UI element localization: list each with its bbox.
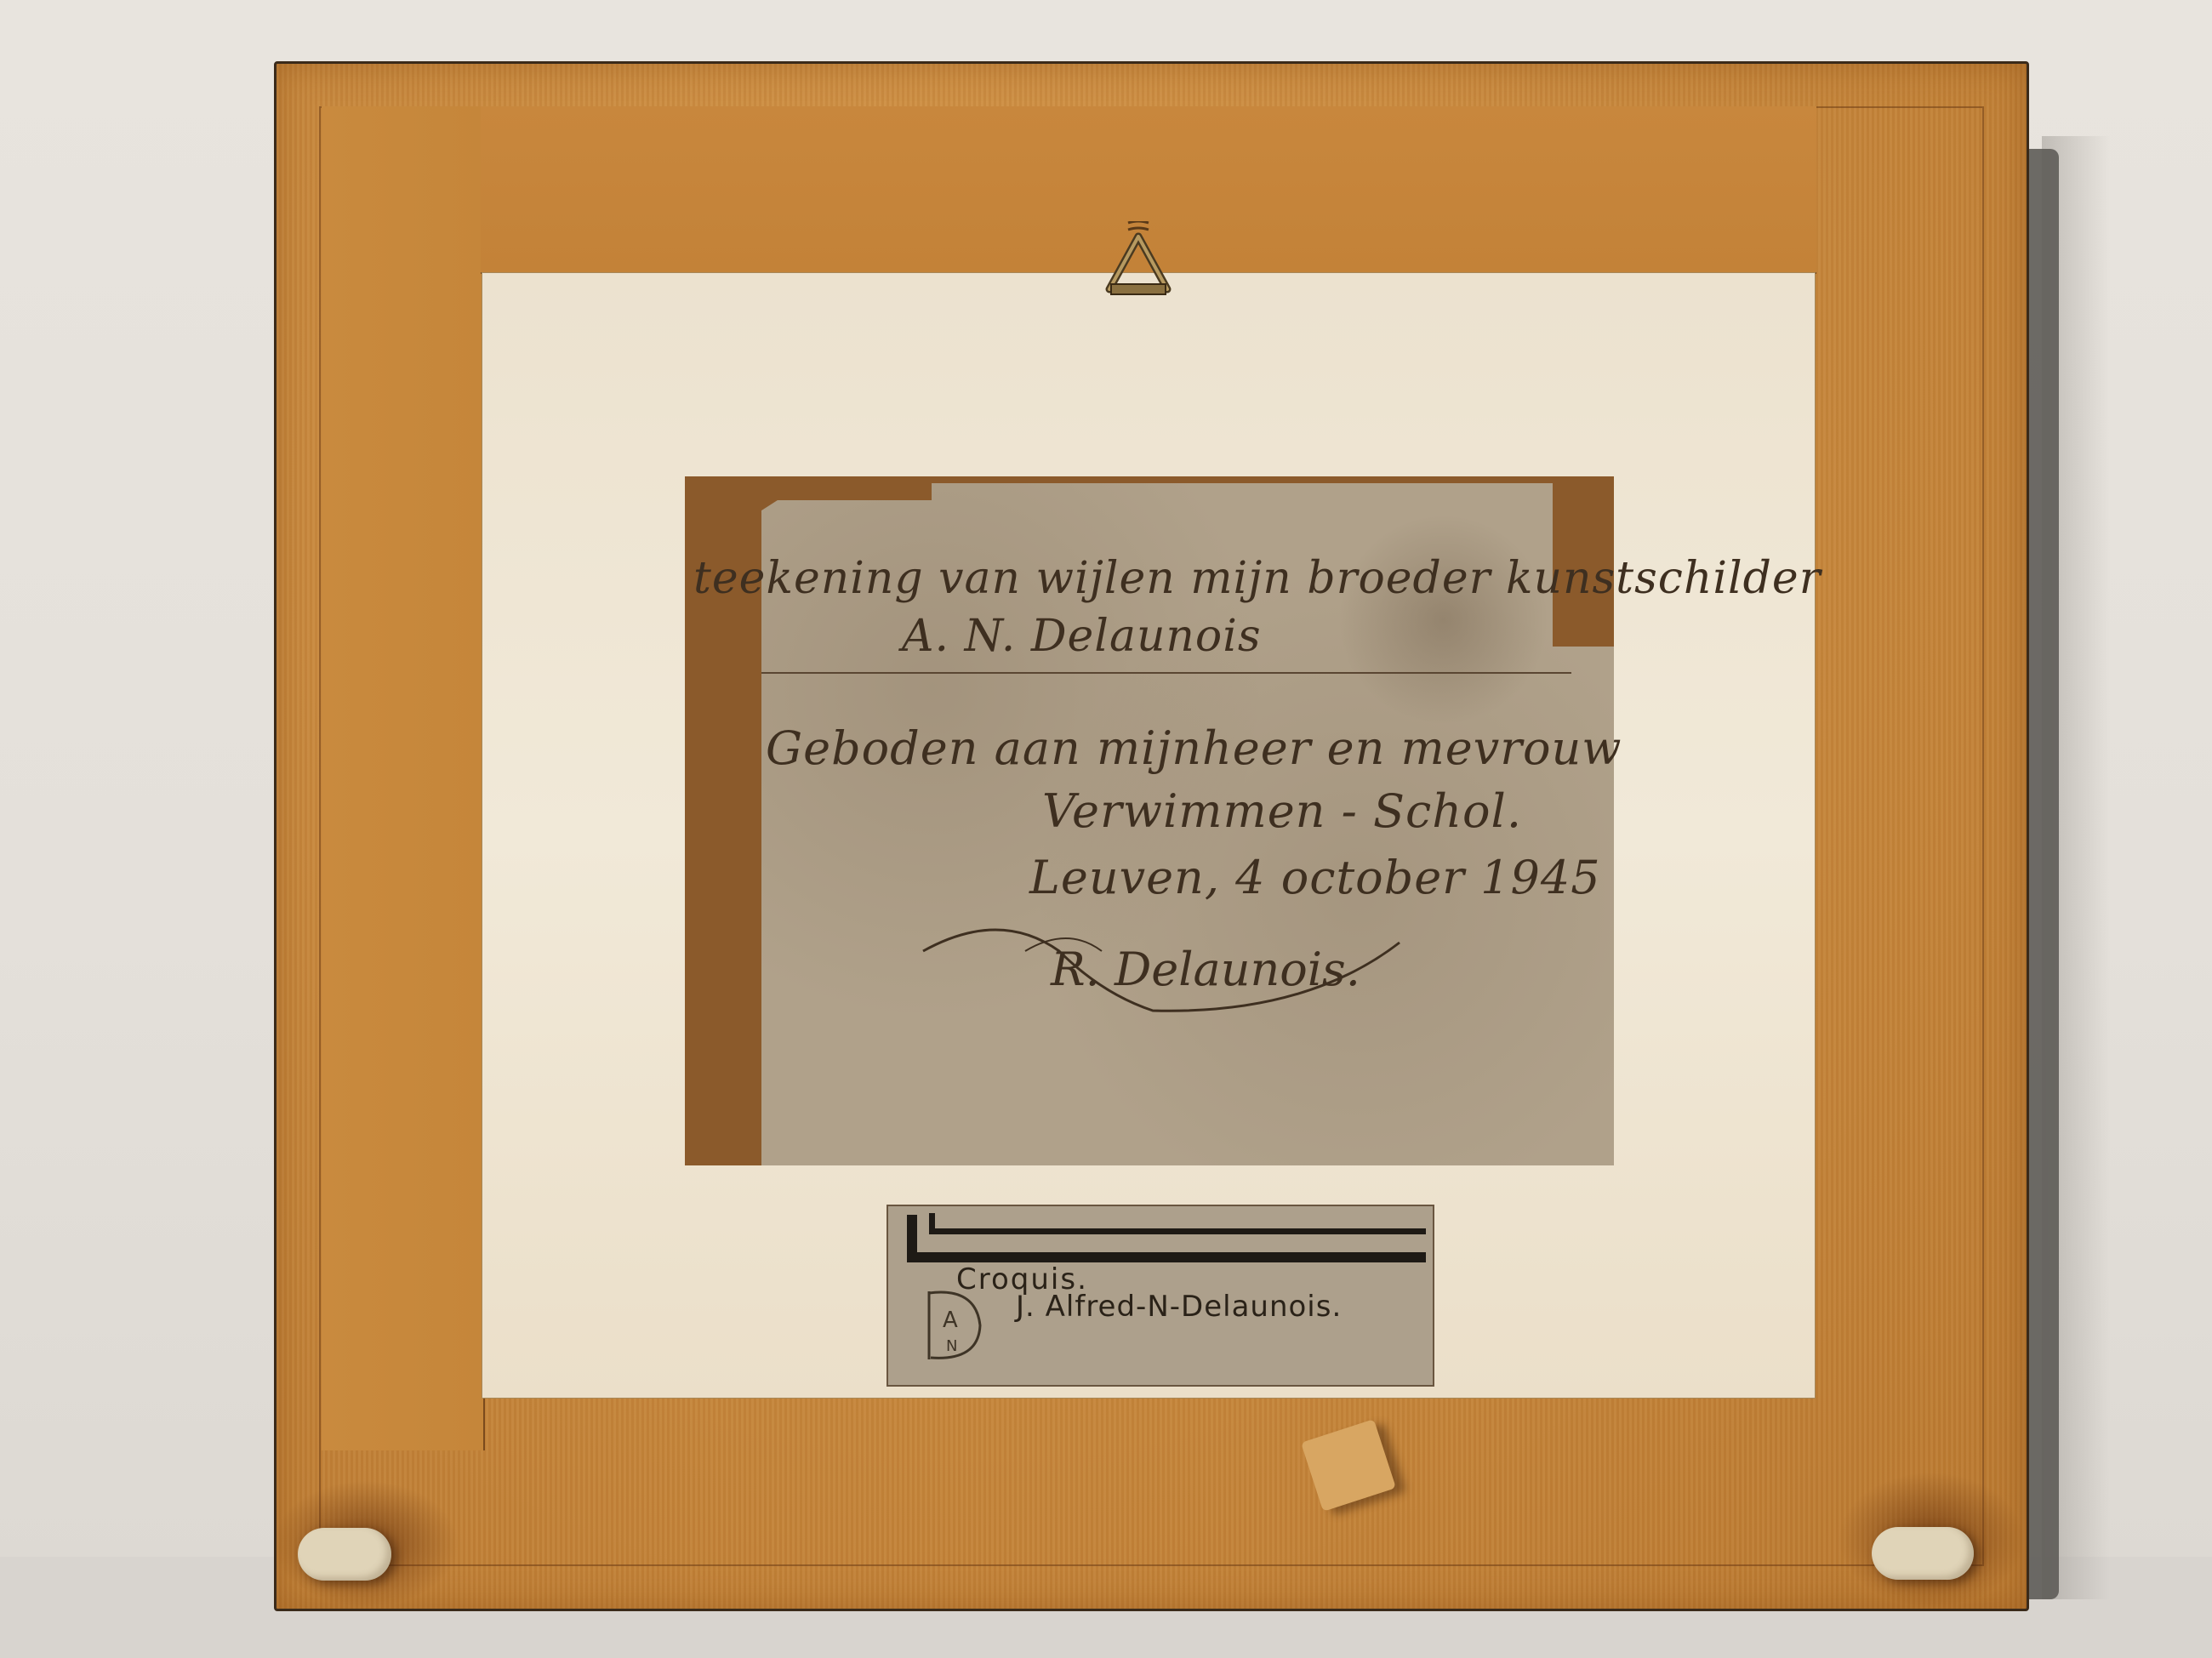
dedication-note: teekening van wijlen mijn broeder kunsts… bbox=[685, 476, 1614, 1165]
label-artist: J. Alfred-N-Delaunois. bbox=[1016, 1290, 1342, 1324]
triangle-hanger-icon bbox=[1097, 221, 1183, 306]
signature-text: R. Delaunois. bbox=[1051, 943, 1360, 996]
felt-bumper-right bbox=[1872, 1527, 1974, 1580]
note-tape-top bbox=[685, 476, 932, 500]
label-border-inner-h bbox=[929, 1228, 1426, 1234]
backing-tape-left bbox=[322, 106, 485, 1450]
note-line-3: Geboden aan mijnheer en mevrouw bbox=[766, 721, 1622, 775]
felt-bumper-left bbox=[298, 1528, 391, 1581]
note-line-5: Leuven, 4 october 1945 bbox=[1029, 851, 1601, 904]
artist-label: Croquis. A N J. Alfred-N-Delaunois. bbox=[887, 1205, 1434, 1387]
signature: R. Delaunois. bbox=[898, 917, 1408, 1019]
note-line-4: Verwimmen - Schol. bbox=[1042, 784, 1522, 838]
label-border-outer-h bbox=[907, 1252, 1426, 1262]
note-line-1: teekening van wijlen mijn broeder kunsts… bbox=[693, 553, 1821, 604]
svg-text:A: A bbox=[943, 1308, 958, 1333]
note-line-2: A. N. Delaunois bbox=[902, 611, 1262, 662]
note-divider-line bbox=[761, 672, 1571, 674]
svg-text:N: N bbox=[946, 1337, 957, 1355]
monogram-stamp-icon: A N bbox=[912, 1283, 997, 1368]
